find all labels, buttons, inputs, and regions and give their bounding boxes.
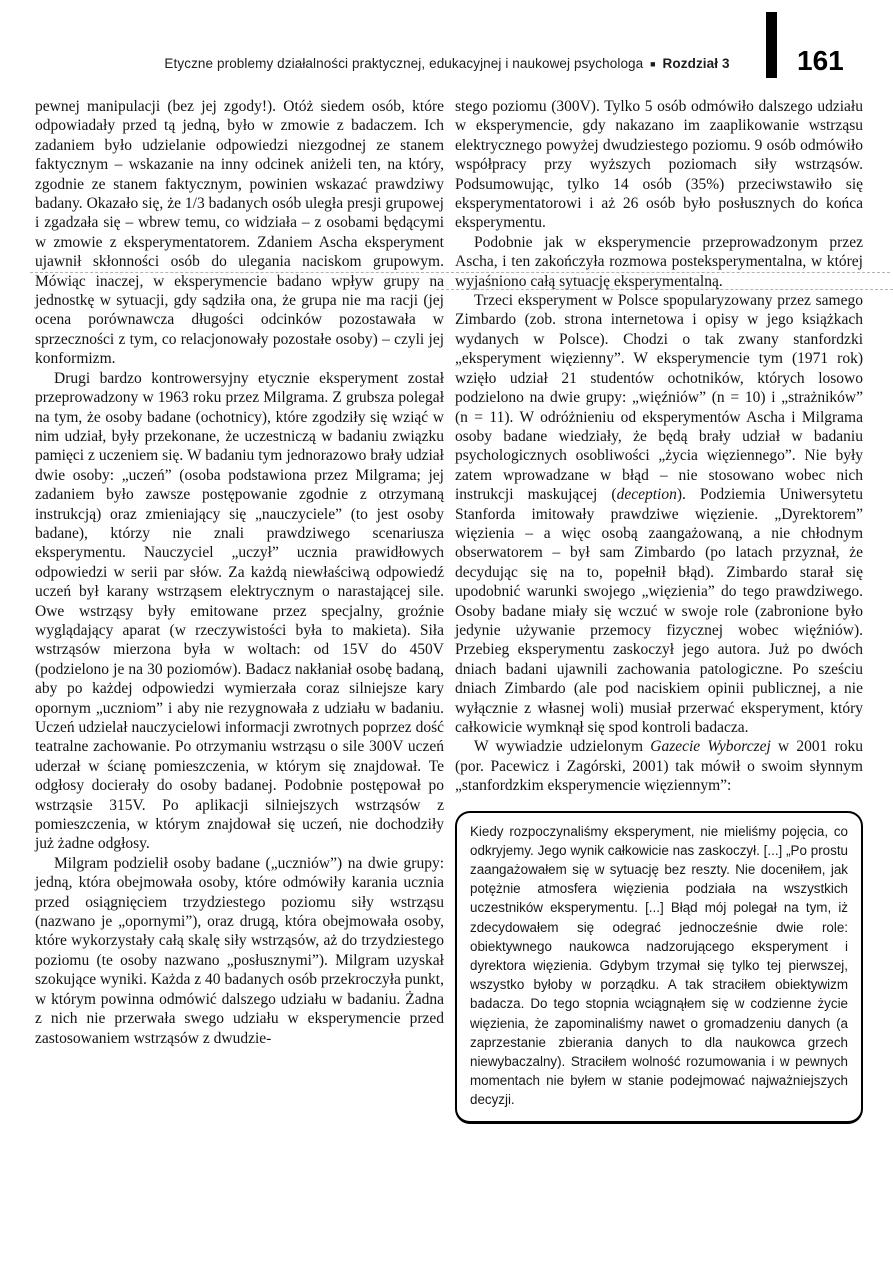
square-bullet-icon: ■: [647, 59, 659, 69]
italic-text-run: Gazecie Wyborczej: [650, 738, 771, 755]
running-head: Etyczne problemy działalności praktyczne…: [35, 56, 859, 71]
text-run: Drugi bardzo kontrowersyjny etycznie eks…: [35, 370, 444, 853]
text-run: Milgram podzielił osoby badane („uczniów…: [35, 855, 444, 1047]
italic-text-run: deception: [617, 486, 677, 503]
text-run: Podobnie jak w eksperymencie przeprowadz…: [455, 234, 863, 290]
chapter-label: Rozdział 3: [663, 56, 730, 71]
header-divider-bar: [766, 12, 777, 78]
paragraph: Trzeci eksperyment w Polsce spopularyzow…: [455, 291, 863, 737]
text-run: pewnej manipulacji (bez jej zgody!). Otó…: [35, 98, 444, 367]
paragraph: Milgram podzielił osoby badane („uczniów…: [35, 854, 444, 1048]
left-column: pewnej manipulacji (bez jej zgody!). Otó…: [35, 97, 444, 1048]
quote-box: Kiedy rozpoczynaliśmy eksperyment, nie m…: [455, 811, 863, 1124]
page-number: 161: [797, 45, 844, 77]
paragraph: stego poziomu (300V). Tylko 5 osób odmów…: [455, 97, 863, 233]
running-head-title: Etyczne problemy działalności praktyczne…: [164, 56, 643, 71]
text-run: stego poziomu (300V). Tylko 5 osób odmów…: [455, 98, 863, 231]
paragraph: pewnej manipulacji (bez jej zgody!). Otó…: [35, 97, 444, 369]
paragraph: W wywiadzie udzielonym Gazecie Wyborczej…: [455, 737, 863, 795]
right-column: stego poziomu (300V). Tylko 5 osób odmów…: [455, 97, 863, 1124]
text-run: W wywiadzie udzielonym: [474, 738, 650, 755]
text-run: Trzeci eksperyment w Polsce spopularyzow…: [455, 292, 863, 503]
paragraph: Drugi bardzo kontrowersyjny etycznie eks…: [35, 369, 444, 854]
text-run: ). Podziemia Uniwersytetu Stanforda imit…: [455, 486, 863, 736]
paragraph: Podobnie jak w eksperymencie przeprowadz…: [455, 233, 863, 291]
book-page: { "header": { "title": "Etyczne problemy…: [0, 0, 893, 1263]
